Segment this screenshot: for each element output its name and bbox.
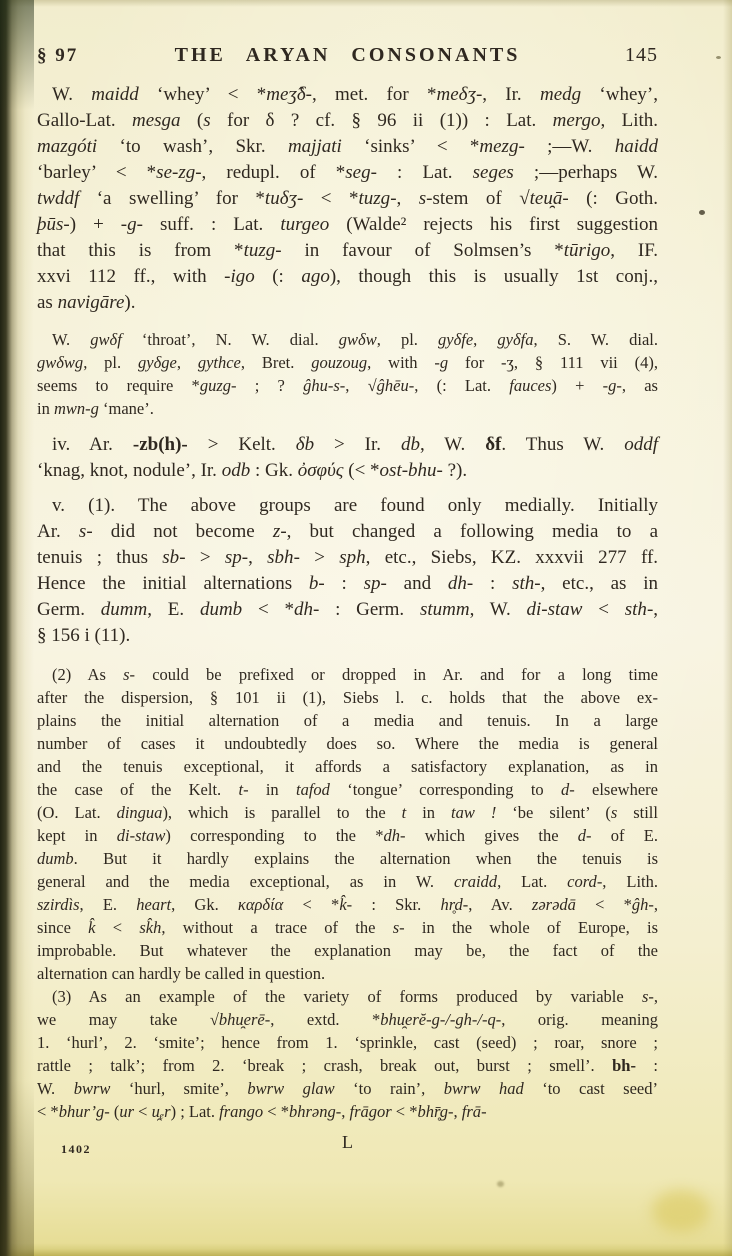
- text-line: in mwn-g ‘mane’.: [37, 397, 658, 420]
- text-line: § 156 i (11).: [37, 623, 658, 649]
- text-line: twddf ‘a swelling’ for *tuδʒ- < *tuzg-, …: [37, 186, 658, 212]
- text-line: < *bhur’g- (ur < u̯ₑr) ; Lat. frango < *…: [37, 1100, 658, 1123]
- paper-speck: [497, 1181, 504, 1187]
- text-line: szirdìs, E. heart, Gk. καρδία < *k̂- : S…: [37, 893, 658, 916]
- text-line: alternation can hardly be called in ques…: [37, 962, 658, 985]
- text-line: Germ. dumm, E. dumb < *dh- : Germ. stumm…: [37, 597, 658, 623]
- page-footer: L 1402: [37, 1130, 658, 1170]
- paragraph: iv. Ar. -zb(h)- > Kelt. δb > Ir. db, W. …: [37, 432, 658, 484]
- page-number: 145: [625, 44, 658, 67]
- text-line: as navigāre).: [37, 290, 658, 316]
- section-number: § 97: [37, 45, 78, 67]
- text-line: iv. Ar. -zb(h)- > Kelt. δb > Ir. db, W. …: [37, 432, 658, 458]
- paragraph: W. maidd ‘whey’ < *meʒ̂δ-, met. for *meδ…: [37, 82, 658, 316]
- text-line: mazgóti ‘to wash’, Skr. majjati ‘sinks’ …: [37, 134, 658, 160]
- paragraph: (2) As s- could be prefixed or dropped i…: [37, 663, 658, 985]
- text-line: W. gwδf ‘throat’, N. W. dial. gwδw, pl. …: [37, 328, 658, 351]
- text-line: general and the media exceptional, as in…: [37, 870, 658, 893]
- text-line: Gallo-Lat. mesga (s for δ ? cf. § 96 ii …: [37, 108, 658, 134]
- text-line: Ar. s- did not become z-, but changed a …: [37, 519, 658, 545]
- signature-letter: L: [37, 1132, 658, 1153]
- text-line: W. maidd ‘whey’ < *meʒ̂δ-, met. for *meδ…: [37, 82, 658, 108]
- text-line: tenuis ; thus sb- > sp-, sbh- > sph, etc…: [37, 545, 658, 571]
- left-binding-edge: [0, 0, 34, 1256]
- text-line: 1. ‘hurl’, 2. ‘smite’; hence from 1. ‘sp…: [37, 1031, 658, 1054]
- paragraph: v. (1). The above groups are found only …: [37, 493, 658, 649]
- paper-stain: [652, 1190, 710, 1232]
- paper-speck: [699, 210, 705, 215]
- top-edge-shadow: [0, 0, 732, 7]
- text-line: number of cases it undoubtedly does so. …: [37, 732, 658, 755]
- printer-code: 1402: [61, 1142, 91, 1157]
- text-line: we may take √bhu̯erē-, extd. *bhu̯erĕ-g-…: [37, 1008, 658, 1031]
- paper-speck: [716, 56, 721, 59]
- text-line: xxvi 112 ff., with -igo (: ago), though …: [37, 264, 658, 290]
- text-line: þūs-) + -g- suff. : Lat. turgeo (Walde² …: [37, 212, 658, 238]
- text-line: gwδwg, pl. gyδge, gythce, Bret. gouzoug,…: [37, 351, 658, 374]
- text-line: that this is from *tuzg- in favour of So…: [37, 238, 658, 264]
- text-line: the case of the Kelt. t- in tafod ‘tongu…: [37, 778, 658, 801]
- text-line: plains the initial alternation of a medi…: [37, 709, 658, 732]
- text-line: after the dispersion, § 101 ii (1), Sieb…: [37, 686, 658, 709]
- book-page: § 97 THE ARYAN CONSONANTS 145 W. maidd ‘…: [0, 0, 732, 1256]
- running-title: THE ARYAN CONSONANTS: [175, 44, 521, 67]
- text-line: (O. Lat. dingua), which is parallel to t…: [37, 801, 658, 824]
- text-line: v. (1). The above groups are found only …: [37, 493, 658, 519]
- page-body: W. maidd ‘whey’ < *meʒ̂δ-, met. for *meδ…: [37, 82, 658, 1123]
- text-line: W. bwrw ‘hurl, smite’, bwrw glaw ‘to rai…: [37, 1077, 658, 1100]
- paragraph: (3) As an example of the variety of form…: [37, 985, 658, 1123]
- text-line: kept in di-staw) corresponding to the *d…: [37, 824, 658, 847]
- bottom-edge-shadow: [0, 1243, 732, 1256]
- paragraph: W. gwδf ‘throat’, N. W. dial. gwδw, pl. …: [37, 328, 658, 420]
- text-line: since k̂ < sk̂h, without a trace of the …: [37, 916, 658, 939]
- text-line: Hence the initial alternations b- : sp- …: [37, 571, 658, 597]
- text-line: and the tenuis exceptional, it affords a…: [37, 755, 658, 778]
- text-line: (3) As an example of the variety of form…: [37, 985, 658, 1008]
- text-line: ‘barley’ < *se-zg-, redupl. of *seg- : L…: [37, 160, 658, 186]
- text-line: rattle ; talk’; from 2. ‘break ; crash, …: [37, 1054, 658, 1077]
- text-line: improbable. But whatever the explanation…: [37, 939, 658, 962]
- text-line: (2) As s- could be prefixed or dropped i…: [37, 663, 658, 686]
- text-line: dumb. But it hardly explains the alterna…: [37, 847, 658, 870]
- right-edge-shadow: [723, 0, 732, 1256]
- page-content: § 97 THE ARYAN CONSONANTS 145 W. maidd ‘…: [37, 44, 658, 1170]
- text-line: ‘knag, knot, nodule’, Ir. odb : Gk. ὀσφύ…: [37, 458, 658, 484]
- text-line: seems to require *guzg- ; ? ĝhu-s-, √ĝhē…: [37, 374, 658, 397]
- page-header: § 97 THE ARYAN CONSONANTS 145: [37, 44, 658, 67]
